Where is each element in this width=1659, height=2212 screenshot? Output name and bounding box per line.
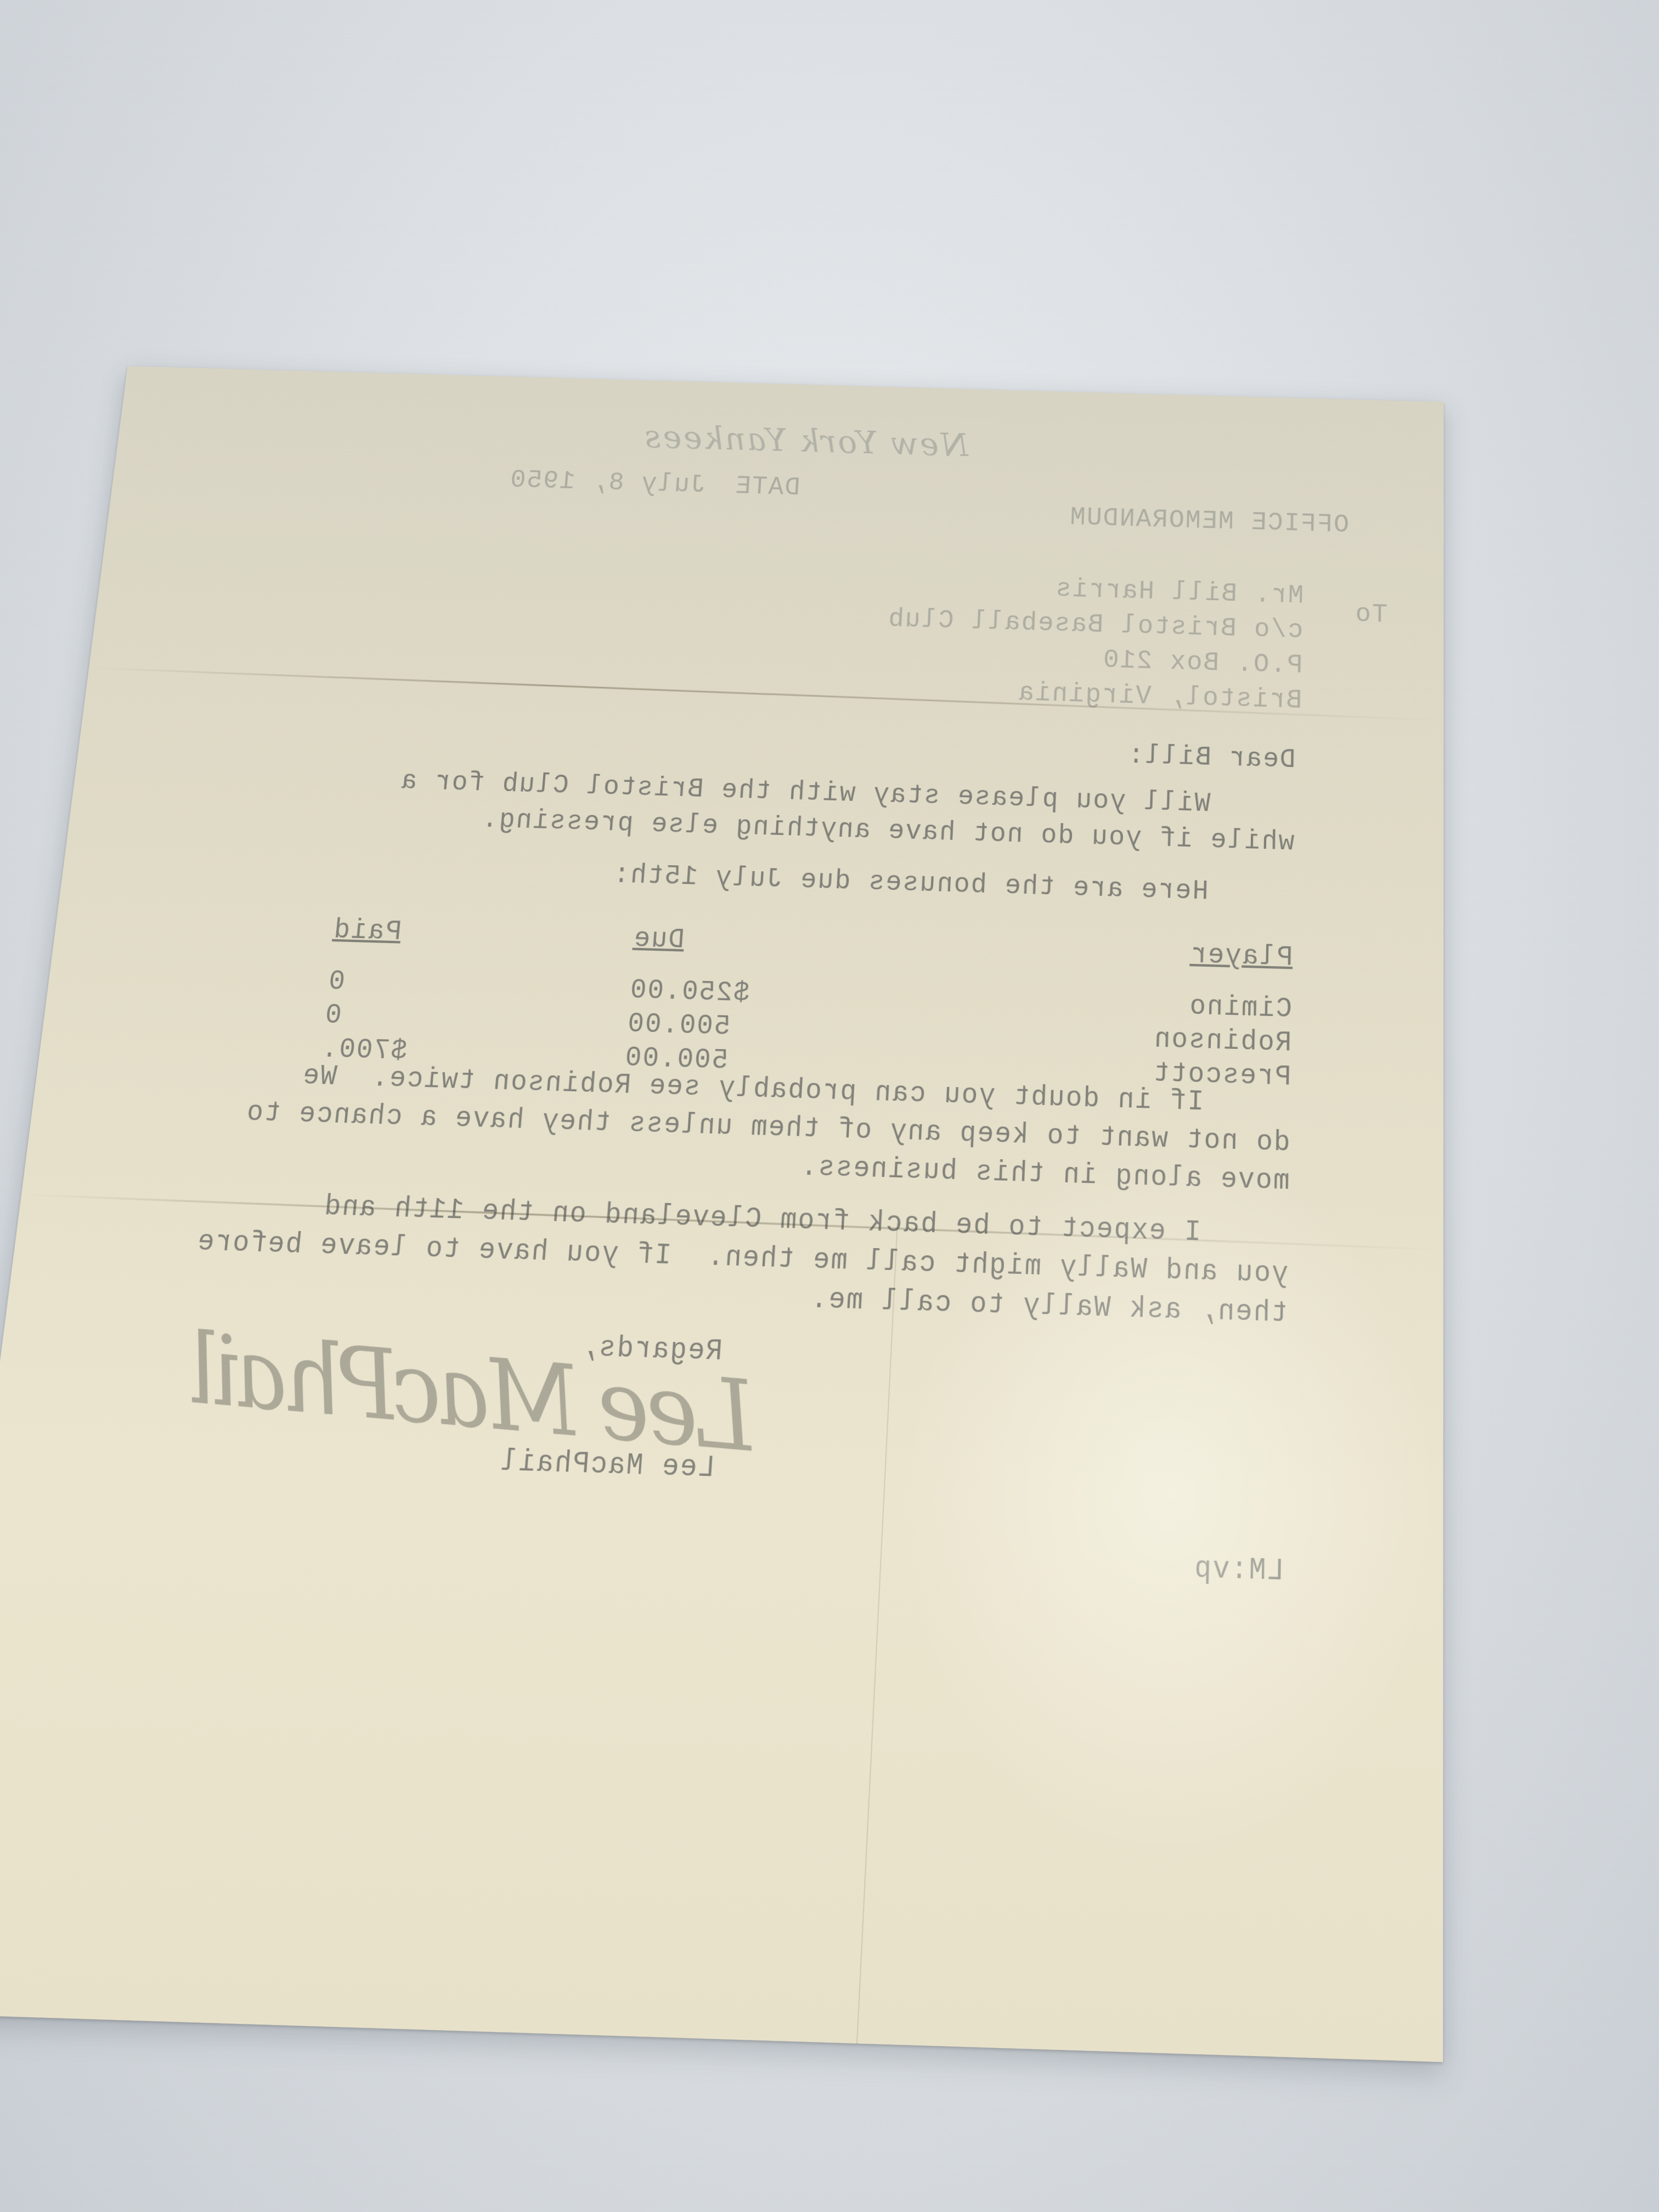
typed-name: Lee MacPhail: [498, 1442, 716, 1489]
typist-initials: LM:vp: [1193, 1548, 1284, 1592]
header-player: Player: [944, 931, 1293, 992]
salutation: Dear Bill:: [1127, 738, 1296, 778]
table-intro: Here are the bonuses due July 15th:: [611, 856, 1294, 912]
letterhead: New York Yankees: [642, 418, 969, 464]
mirrored-content: New York Yankees OFFICE MEMORANDUM DATE …: [0, 366, 1444, 2062]
header-paid: Paid: [329, 913, 634, 973]
header-due: Due: [630, 922, 946, 983]
memo-sheet: New York Yankees OFFICE MEMORANDUM DATE …: [0, 366, 1444, 2062]
recipient-line3: Bristol, Virginia: [1017, 675, 1302, 719]
date-label: DATE: [733, 469, 802, 505]
date-value: July 8, 1950: [508, 463, 707, 503]
recipient-line2: P.O. Box 210: [1102, 642, 1303, 683]
to-label: To: [1354, 597, 1387, 633]
memo-label: OFFICE MEMORANDUM: [1068, 500, 1349, 542]
